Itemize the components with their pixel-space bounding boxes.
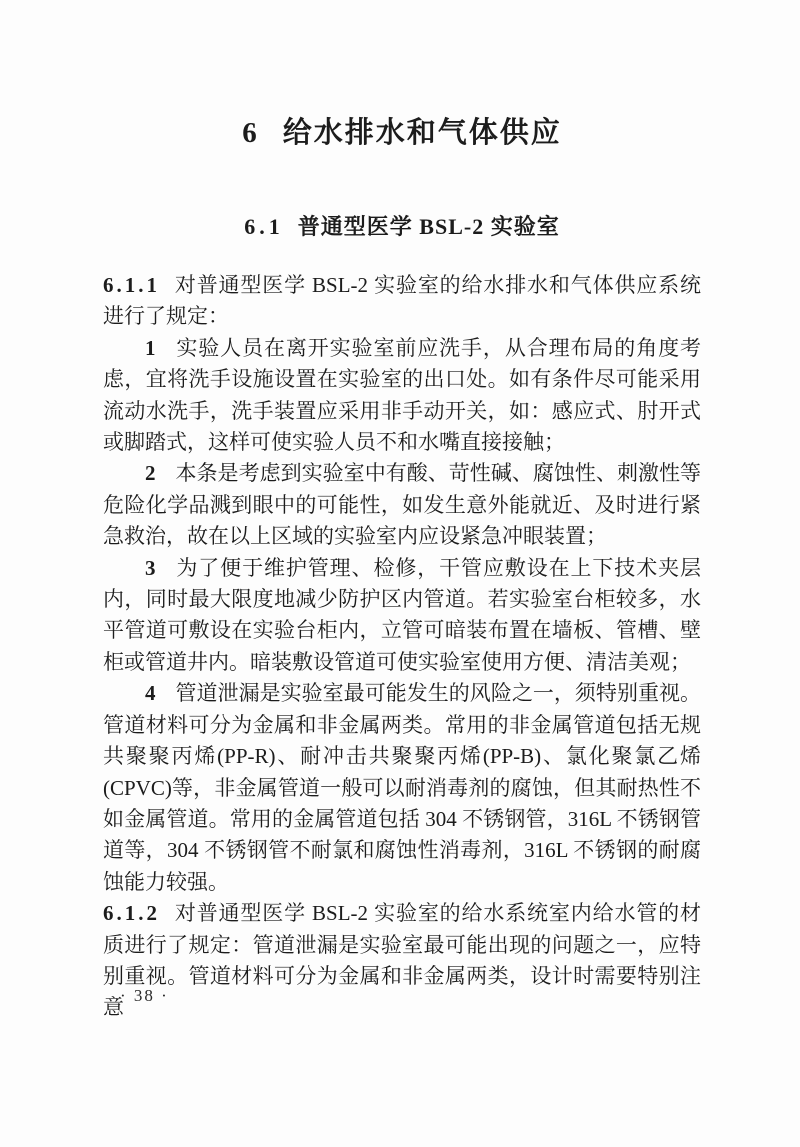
chapter-number: 6 [242,117,257,149]
clause-6-1-1: 6.1.1对普通型医学 BSL-2 实验室的给水排水和气体供应系统进行了规定： [103,270,701,333]
item-number: 2 [145,461,156,485]
item-text: 本条是考虑到实验室中有酸、苛性碱、腐蚀性、刺激性等危险化学品溅到眼中的可能性，如… [103,461,701,548]
clause-number: 6.1.2 [103,901,160,925]
clause-6-1-2: 6.1.2对普通型医学 BSL-2 实验室的给水系统室内给水管的材质进行了规定：… [103,898,701,1024]
item-number: 4 [145,681,156,705]
section-title-text: 普通型医学 BSL-2 实验室 [298,214,560,239]
document-page: 6给水排水和气体供应 6.1普通型医学 BSL-2 实验室 6.1.1对普通型医… [0,0,800,1147]
body-text: 6.1.1对普通型医学 BSL-2 实验室的给水排水和气体供应系统进行了规定： … [103,270,701,1024]
page-content: 6给水排水和气体供应 6.1普通型医学 BSL-2 实验室 6.1.1对普通型医… [103,0,701,1024]
clause-lead-text: 对普通型医学 BSL-2 实验室的给水系统室内给水管的材质进行了规定：管道泄漏是… [103,901,701,1019]
clause-item-4: 4管道泄漏是实验室最可能发生的风险之一，须特别重视。管道材料可分为金属和非金属两… [103,678,701,898]
item-text: 管道泄漏是实验室最可能发生的风险之一，须特别重视。管道材料可分为金属和非金属两类… [103,681,701,893]
clause-item-1: 1实验人员在离开实验室前应洗手，从合理布局的角度考虑，宜将洗手设施设置在实验室的… [103,333,701,459]
chapter-title-text: 给水排水和气体供应 [283,117,562,149]
section-number: 6.1 [244,214,284,239]
item-number: 3 [145,556,156,580]
item-number: 1 [145,336,156,360]
clause-lead-text: 对普通型医学 BSL-2 实验室的给水排水和气体供应系统进行了规定： [103,273,701,328]
chapter-title: 6给水排水和气体供应 [103,116,701,150]
item-text: 为了便于维护管理、检修，干管应敷设在上下技术夹层内，同时最大限度地减少防护区内管… [103,556,701,674]
item-text: 实验人员在离开实验室前应洗手，从合理布局的角度考虑，宜将洗手设施设置在实验室的出… [103,336,701,454]
section-heading: 6.1普通型医学 BSL-2 实验室 [103,214,701,240]
clause-item-2: 2本条是考虑到实验室中有酸、苛性碱、腐蚀性、刺激性等危险化学品溅到眼中的可能性，… [103,458,701,552]
clause-item-3: 3为了便于维护管理、检修，干管应敷设在上下技术夹层内，同时最大限度地减少防护区内… [103,553,701,679]
page-number-footer: · 38 · [120,986,169,1006]
clause-number: 6.1.1 [103,273,160,297]
